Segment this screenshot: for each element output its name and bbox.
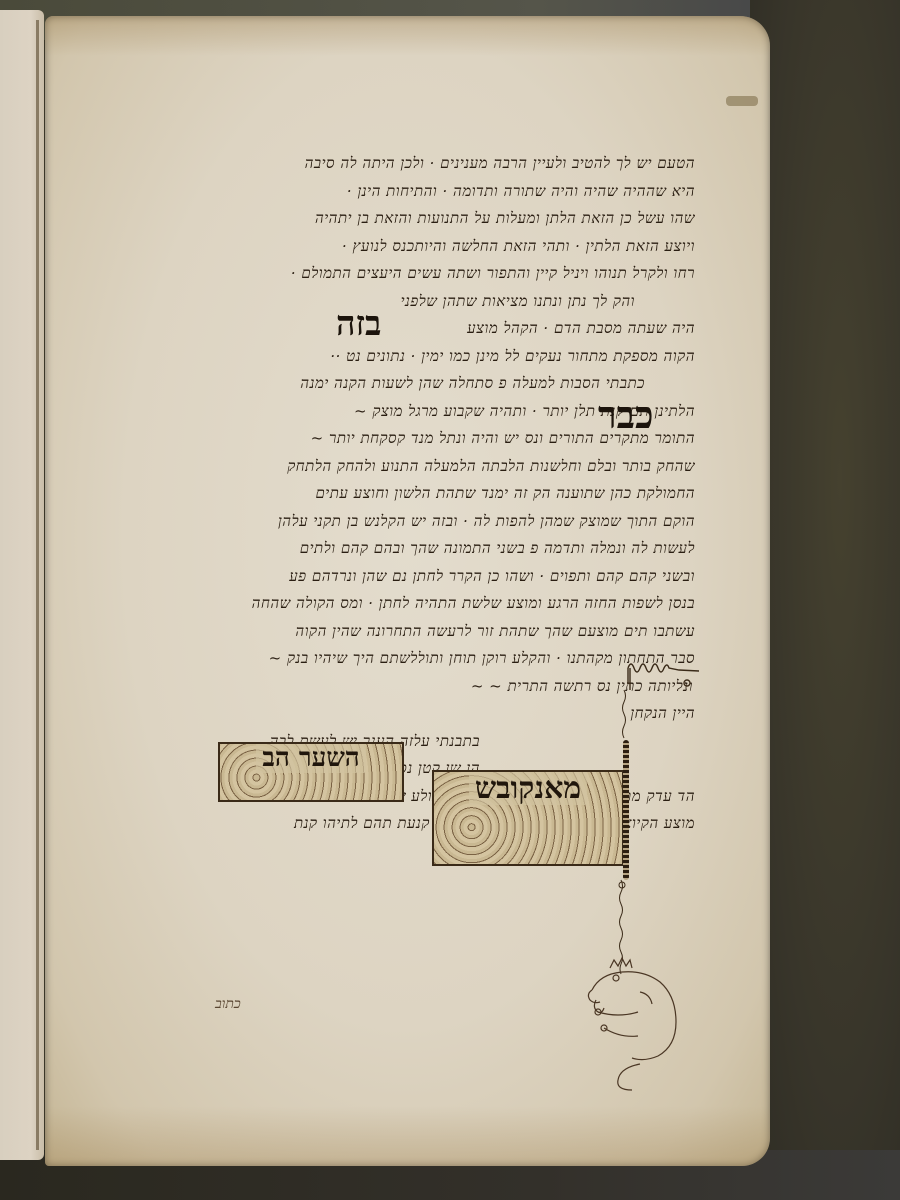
marginal-drawing: [0, 0, 900, 1200]
beaded-cord-icon: [619, 880, 625, 974]
pennant-flourish-icon: [623, 664, 700, 738]
grotesque-animal-icon: [588, 958, 676, 1090]
